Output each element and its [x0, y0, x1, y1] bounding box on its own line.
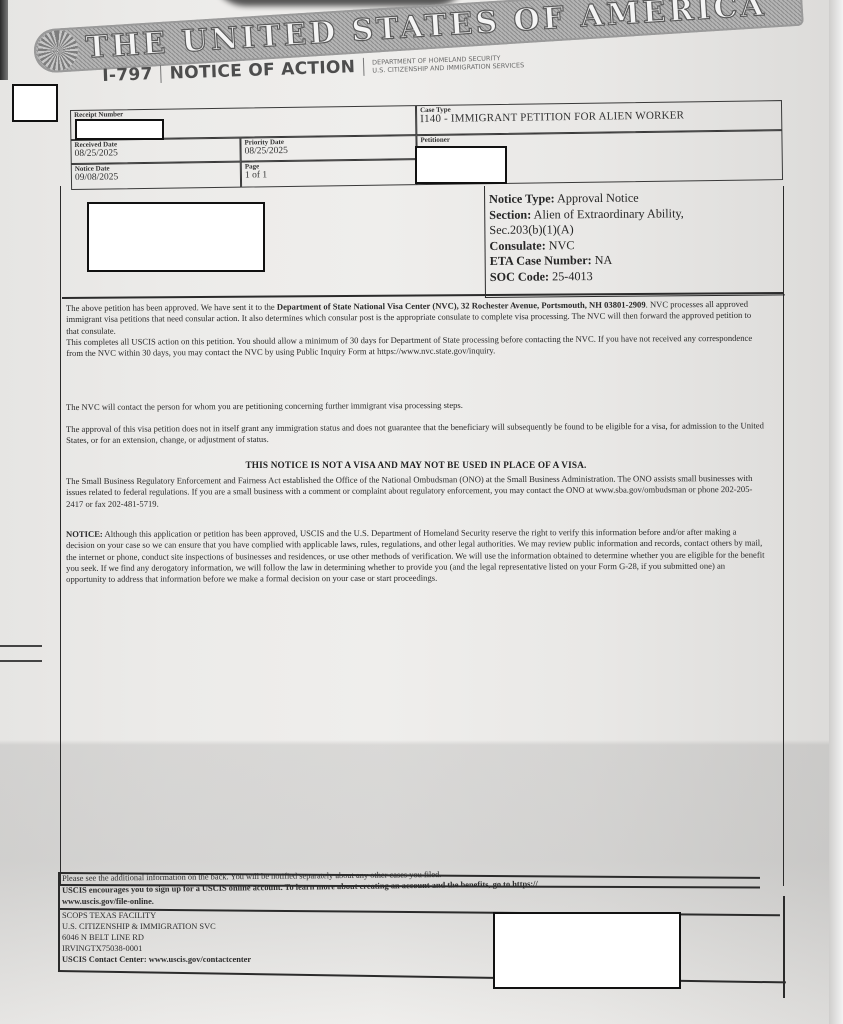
section-value: Alien of Extraordinary Ability,	[534, 206, 684, 221]
divider	[363, 58, 365, 76]
eta-value: NA	[595, 253, 613, 267]
eta-label: ETA Case Number:	[490, 253, 592, 268]
photo-edge-right	[829, 0, 843, 1024]
agency-name: Department of Homeland Security U.S. Cit…	[372, 53, 524, 74]
form-number: I-797	[102, 64, 153, 86]
contact-center-url: www.uscis.gov/contactcenter	[149, 955, 251, 964]
p5-text: The Small Business Regulatory Enforcemen…	[66, 473, 752, 509]
side-mark	[0, 645, 42, 647]
footer-left-border	[58, 872, 60, 972]
address-line-4: IRVINGTX75038-0001	[62, 943, 251, 954]
p6-text: Although this application or petition ha…	[66, 527, 764, 585]
not-a-visa-warning: THIS NOTICE IS NOT A VISA AND MAY NOT BE…	[66, 460, 766, 470]
contact-center-label: USCIS Contact Center:	[62, 955, 147, 964]
address-line-3: 6046 N BELT LINE RD	[62, 932, 251, 943]
p1-text: The above petition has been approved. We…	[66, 302, 277, 313]
paragraph-approval: The approval of this visa petition does …	[66, 420, 766, 446]
soc-label: SOC Code:	[490, 269, 549, 284]
priority-date-value: 08/25/2025	[242, 144, 416, 157]
soc-row: SOC Code: 25-4013	[490, 267, 785, 285]
notice-type-label: Notice Type:	[489, 191, 555, 206]
side-mark	[0, 660, 42, 662]
paragraph-sbrefa: The Small Business Regulatory Enforcemen…	[66, 473, 766, 510]
beneficiary-address-redaction	[87, 202, 265, 272]
page-cell: Page 1 of 1	[241, 159, 417, 187]
divider	[160, 65, 162, 83]
contact-center-row: USCIS Contact Center: www.uscis.gov/cont…	[62, 954, 251, 965]
recipient-redaction	[493, 912, 681, 989]
paragraph-nvc: The above petition has been approved. We…	[66, 299, 766, 360]
page-value: 1 of 1	[242, 168, 416, 181]
notice-date-value: 09/08/2025	[72, 171, 240, 184]
consulate-label: Consulate:	[489, 238, 545, 252]
paragraph-notice: NOTICE: Although this application or pet…	[66, 527, 766, 586]
nvc-address: Department of State National Visa Center…	[277, 299, 646, 311]
file-online-link: www.uscis.gov/file-online.	[62, 897, 154, 906]
p4-text: The approval of this visa petition does …	[66, 420, 764, 445]
notice-info-box: Notice Type: Approval Notice Section: Al…	[484, 183, 785, 298]
section-value-2: Sec.203(b)(1)(A)	[489, 222, 573, 237]
receipt-number-redaction	[75, 119, 164, 140]
footer-right-border	[783, 896, 785, 998]
soc-value: 25-4013	[552, 269, 593, 283]
case-type-value: I140 - IMMIGRANT PETITION FOR ALIEN WORK…	[417, 109, 781, 125]
photo-edge	[0, 0, 8, 80]
footer-online-link: www.uscis.gov/file-online.	[62, 897, 154, 908]
section-label: Section:	[489, 207, 531, 221]
address-line-1: SCOPS TEXAS FACILITY	[62, 910, 251, 921]
petitioner-redaction	[415, 146, 507, 184]
uscis-address: SCOPS TEXAS FACILITY U.S. CITIZENSHIP & …	[62, 910, 251, 965]
p3-text: The NVC will contact the person for whom…	[66, 400, 463, 412]
received-date-value: 08/25/2025	[72, 147, 240, 160]
redaction-box	[12, 84, 58, 122]
address-line-2: U.S. CITIZENSHIP & IMMIGRATION SVC	[62, 921, 251, 932]
p2-text: This completes all USCIS action on this …	[66, 333, 752, 358]
notice-label: NOTICE:	[66, 529, 103, 539]
notice-type-value: Approval Notice	[557, 191, 639, 206]
priority-date-cell: Priority Date 08/25/2025	[240, 135, 416, 161]
consulate-value: NVC	[549, 238, 575, 252]
received-date-cell: Received Date 08/25/2025	[70, 138, 240, 164]
